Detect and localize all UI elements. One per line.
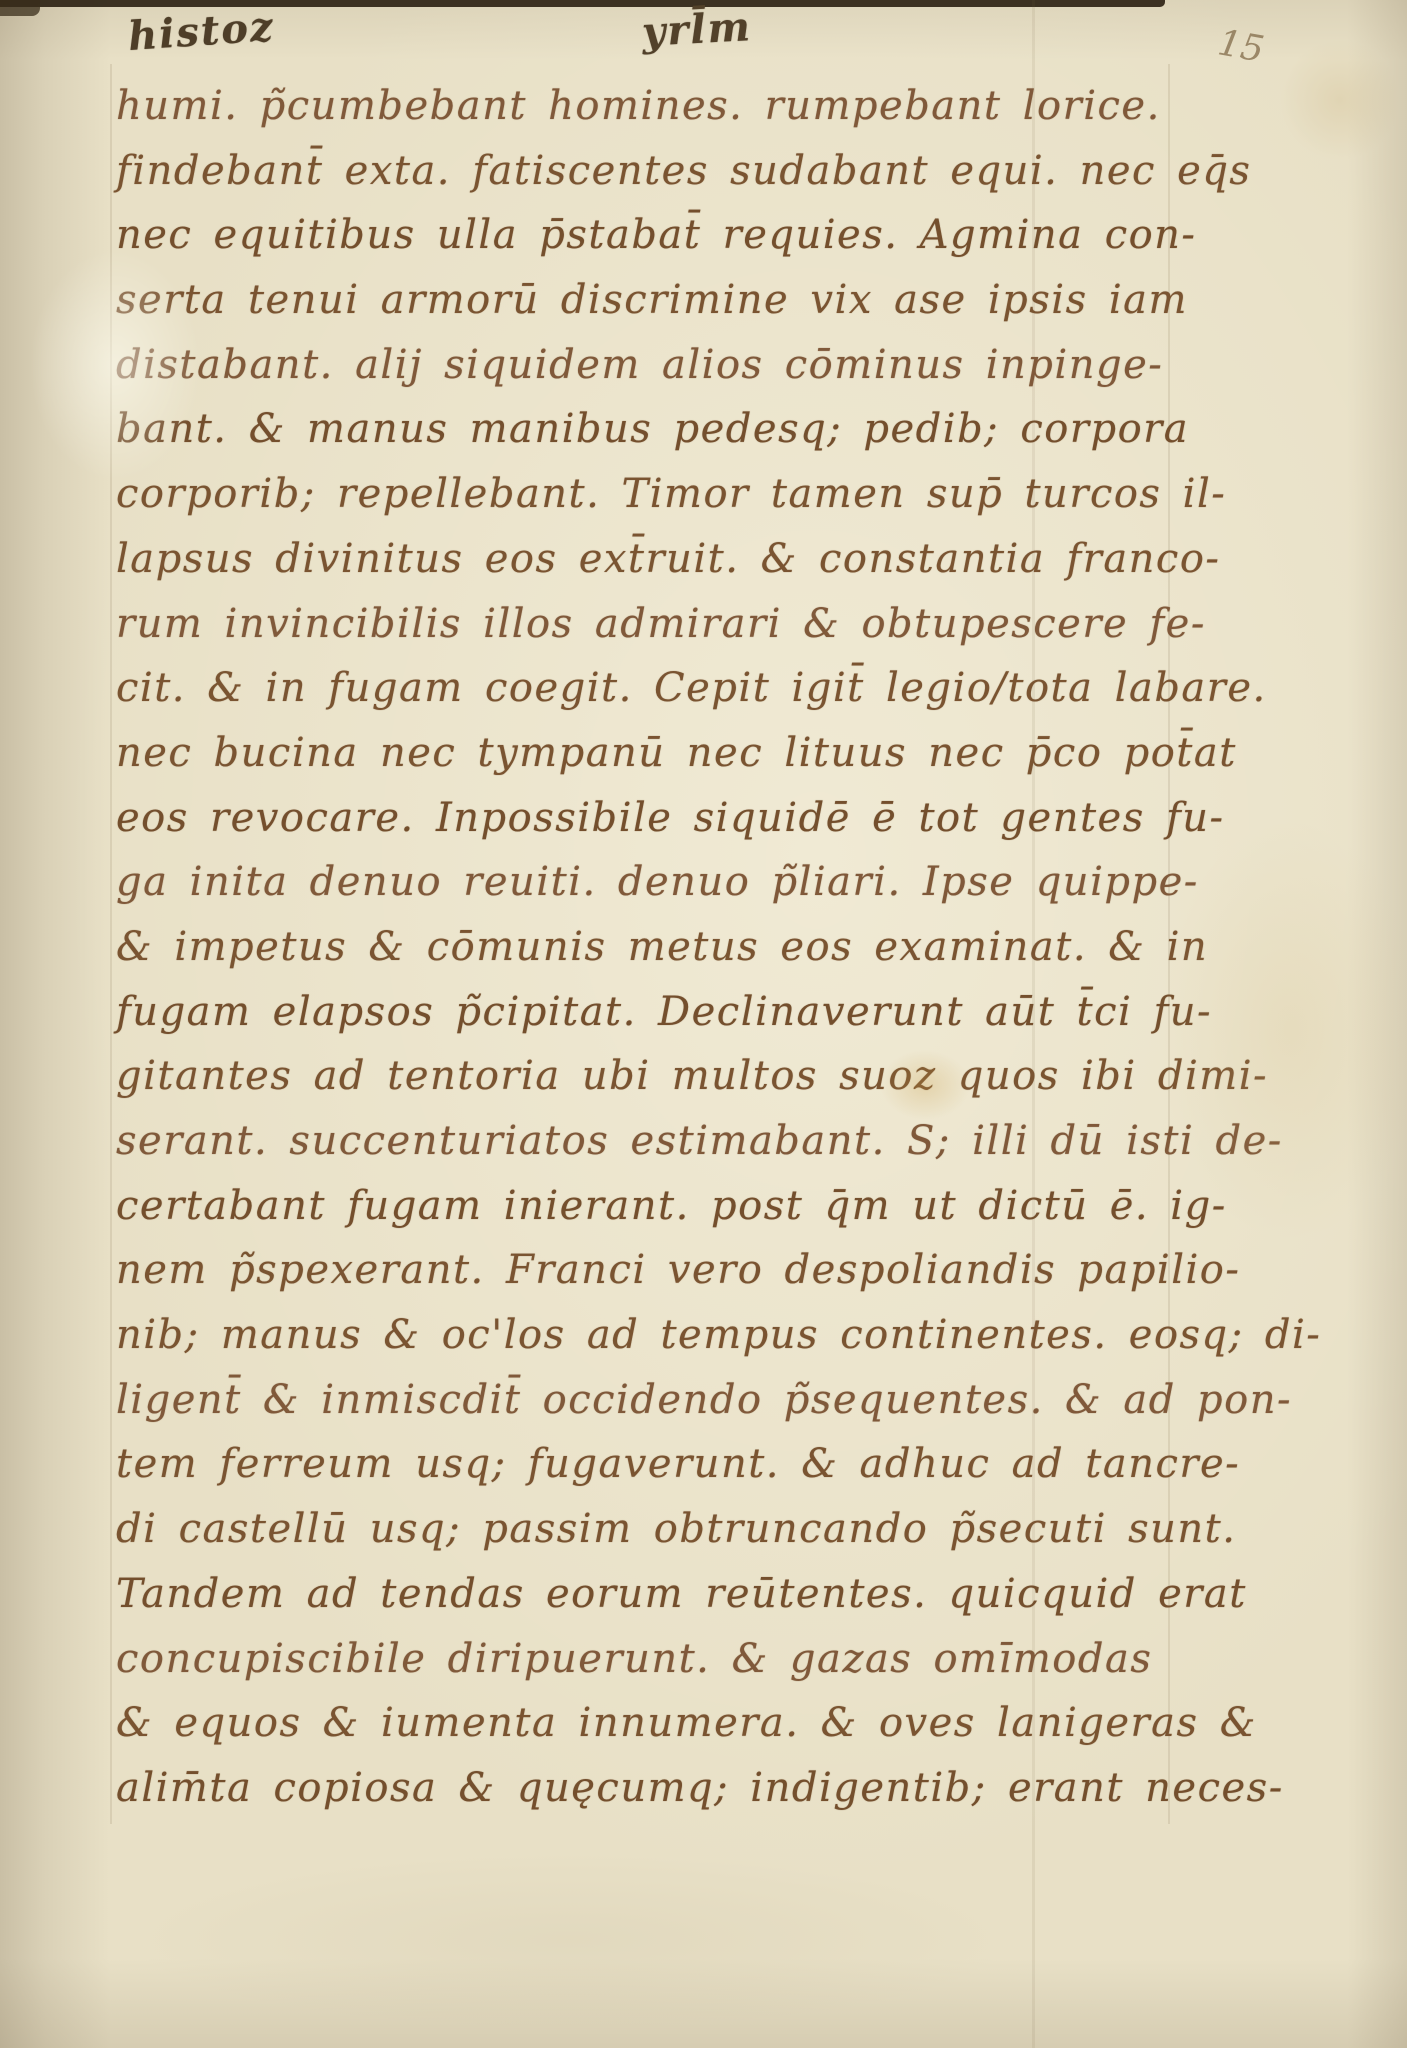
- manuscript-text-line: gitantes ad tentoria ubi multos suoz quo…: [116, 1044, 1296, 1109]
- manuscript-text-line: ga inita denuo reuiti. denuo p̃liari. Ip…: [116, 850, 1296, 915]
- manuscript-text-line: cit. & in fugam coegit. Cepit igit̄ legi…: [116, 656, 1296, 721]
- manuscript-text-line: serta tenui armorū discrimine vix ase ip…: [116, 268, 1296, 333]
- manuscript-text-line: findebant̄ exta. fatiscentes sudabant eq…: [116, 139, 1296, 204]
- folio-number: 15: [1215, 22, 1267, 70]
- manuscript-text-line: corporib; repellebant. Timor tamen sup̄ …: [116, 462, 1296, 527]
- manuscript-text-line: tem ferreum usq; fugaverunt. & adhuc ad …: [116, 1432, 1296, 1497]
- manuscript-text-line: humi. p̃cumbebant homines. rumpebant lor…: [116, 74, 1296, 139]
- manuscript-text-line: Tandem ad tendas eorum reūtentes. quicqu…: [116, 1562, 1296, 1627]
- manuscript-text-line: & equos & iumenta innumera. & oves lanig…: [116, 1691, 1296, 1756]
- manuscript-text-line: rum invincibilis illos admirari & obtupe…: [116, 592, 1296, 657]
- running-header-left: histoz: [127, 3, 277, 60]
- manuscript-text-line: di castellū usq; passim obtruncando p̃se…: [116, 1497, 1296, 1562]
- manuscript-text-line: ligent̄ & inmiscdit̄ occidendo p̃sequent…: [116, 1368, 1296, 1433]
- manuscript-text-line: concupiscibile diripuerunt. & gazas omīm…: [116, 1627, 1296, 1692]
- manuscript-text-line: lapsus divinitus eos ext̄ruit. & constan…: [116, 527, 1296, 592]
- manuscript-text-line: nec equitibus ulla p̄stabat̄ requies. Ag…: [116, 203, 1296, 268]
- manuscript-text-line: alim̄ta copiosa & quęcumq; indigentib; e…: [116, 1756, 1296, 1821]
- manuscript-text-line: nec bucina nec tympanū nec lituus nec p̄…: [116, 721, 1296, 786]
- manuscript-text-line: certabant fugam inierant. post q̄m ut di…: [116, 1174, 1296, 1239]
- manuscript-page: histoz yrl̄m 15 humi. p̃cumbebant homine…: [0, 0, 1407, 2048]
- parchment-stain: [120, 1850, 1020, 2030]
- parchment-stain: [1280, 40, 1400, 160]
- manuscript-text-line: eos revocare. Inpossibile siquidē ē tot …: [116, 786, 1296, 851]
- manuscript-text-line: serant. succenturiatos estimabant. S; il…: [116, 1109, 1296, 1174]
- manuscript-text-line: bant. & manus manibus pedesq; pedib; cor…: [116, 397, 1296, 462]
- text-block: humi. p̃cumbebant homines. rumpebant lor…: [116, 74, 1296, 1821]
- manuscript-text-line: distabant. alij siquidem alios cōminus i…: [116, 333, 1296, 398]
- manuscript-text-line: & impetus & cōmunis metus eos examinat. …: [116, 915, 1296, 980]
- manuscript-text-line: nem p̃spexerant. Franci vero despoliandi…: [116, 1238, 1296, 1303]
- running-header-center: yrl̄m: [641, 3, 753, 56]
- manuscript-text-line: fugam elapsos p̃cipitat. Declinaverunt a…: [116, 980, 1296, 1045]
- page-corner-shadow: [0, 0, 40, 16]
- ruling-line-left: [110, 64, 112, 1824]
- page-top-edge-shadow: [0, 0, 1165, 7]
- manuscript-text-line: nib; manus & oc'los ad tempus continente…: [116, 1303, 1296, 1368]
